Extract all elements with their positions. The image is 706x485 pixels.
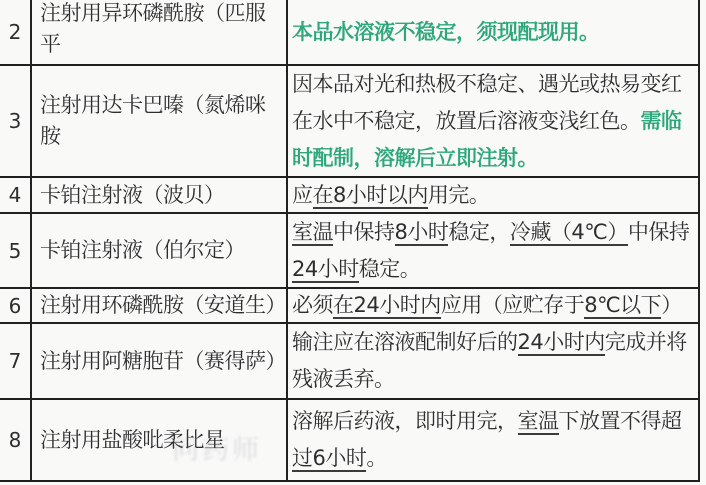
drug-name-cell: 注射用达卡巴嗪（氮烯咪胺	[30, 66, 286, 176]
stability-note-cell: 因本品对光和热极不稳定、遇光或热易变红在水中不稳定，放置后溶液变浅红色。需临时配…	[286, 66, 698, 176]
stability-note-text: 溶解后药液，即时用完，室温下放置不得超过6小时。	[292, 403, 696, 477]
note-text: 用完。	[428, 183, 490, 207]
note-text-highlight: 时配制，溶解后立即注射。	[292, 146, 538, 170]
row-number: 5	[0, 214, 30, 287]
note-text-highlight: 本品水溶液不稳定，须现配现用。	[292, 20, 600, 44]
drug-name-cell: 注射用盐酸吡柔比星	[30, 400, 286, 480]
drug-stability-table: 2 注射用异环磷酰胺（匹服平 ） 本品水溶液不稳定，须现配现用。 3 注射用达卡…	[0, 0, 700, 482]
drug-name-cell: 注射用环磷酰胺（安道生）	[30, 289, 286, 322]
note-text: 残液丢弃。	[292, 367, 395, 391]
note-text: 输注应在溶液配制好后的	[292, 330, 518, 354]
note-text-underlined: 过6小时	[292, 446, 366, 472]
note-text: 中保持	[628, 220, 690, 244]
note-text: 。	[366, 446, 387, 470]
stability-note-cell: 本品水溶液不稳定，须现配现用。	[286, 0, 698, 64]
row-number: 7	[0, 324, 30, 398]
note-text-underlined: 室温	[292, 220, 333, 246]
note-text: 完成并将	[605, 330, 687, 354]
note-text-underlined: 8小时	[395, 220, 449, 246]
row-number: 4	[0, 178, 30, 212]
row-number: 8	[0, 400, 30, 480]
note-text: 稳定，	[448, 220, 510, 244]
table-row: 4 卡铂注射液（波贝） 应在8小时以内用完。	[0, 178, 698, 214]
drug-name-cell: 卡铂注射液（伯尔定）	[30, 214, 286, 287]
note-text-underlined: 在8小时以内	[313, 183, 428, 209]
drug-name-cell: 注射用阿糖胞苷（赛得萨）	[30, 324, 286, 398]
row-number: 2	[0, 0, 30, 64]
note-text-underlined: 8℃以下	[584, 293, 661, 319]
note-text: 因本品对光和热极不稳定、遇光或热易变红	[292, 72, 682, 96]
stability-note-text: 本品水溶液不稳定，须现配现用。	[292, 14, 696, 51]
note-text: 应用（应贮存于	[441, 293, 585, 317]
table-row: 2 注射用异环磷酰胺（匹服平 ） 本品水溶液不稳定，须现配现用。	[0, 0, 698, 66]
stability-note-cell: 必须在24小时内应用（应贮存于8℃以下）	[286, 289, 698, 322]
drug-name-cell: 注射用异环磷酰胺（匹服平 ）	[30, 0, 286, 64]
row-number: 3	[0, 66, 30, 176]
stability-note-text: 必须在24小时内应用（应贮存于8℃以下）	[292, 289, 696, 322]
note-text: 必须	[292, 293, 333, 317]
table-row: 5 卡铂注射液（伯尔定） 室温中保持8小时稳定，冷藏（4℃）中保持24小时稳定。	[0, 214, 698, 289]
table-row: 6 注射用环磷酰胺（安道生） 必须在24小时内应用（应贮存于8℃以下）	[0, 289, 698, 324]
stability-note-cell: 室温中保持8小时稳定，冷藏（4℃）中保持24小时稳定。	[286, 214, 698, 287]
note-text-underlined: 室温	[518, 409, 559, 435]
stability-note-cell: 溶解后药液，即时用完，室温下放置不得超过6小时。	[286, 400, 698, 480]
note-text-underlined: 24小时	[292, 257, 359, 283]
stability-note-text: 输注应在溶液配制好后的24小时内完成并将残液丢弃。	[292, 324, 696, 398]
stability-note-cell: 应在8小时以内用完。	[286, 178, 698, 212]
stability-note-cell: 输注应在溶液配制好后的24小时内完成并将残液丢弃。	[286, 324, 698, 398]
note-text: 中保持	[333, 220, 395, 244]
table-row: 8 注射用盐酸吡柔比星 溶解后药液，即时用完，室温下放置不得超过6小时。	[0, 400, 698, 482]
note-text-underlined: 冷藏（4℃）	[510, 220, 628, 246]
note-text: 溶解后药液，即时用完，	[292, 409, 518, 433]
note-text: ）	[661, 293, 682, 317]
stability-note-text: 因本品对光和热极不稳定、遇光或热易变红在水中不稳定，放置后溶液变浅红色。需临时配…	[292, 66, 696, 176]
note-text: 下放置不得超	[559, 409, 682, 433]
note-text: 应	[292, 183, 313, 207]
note-text: 稳定。	[359, 257, 421, 281]
note-text: 在水中不稳定，放置后溶液变浅红色。	[292, 109, 641, 133]
table-row: 7 注射用阿糖胞苷（赛得萨） 输注应在溶液配制好后的24小时内完成并将残液丢弃。	[0, 324, 698, 400]
stability-note-text: 应在8小时以内用完。	[292, 178, 696, 212]
note-text-underlined: 在24小时内	[333, 293, 441, 319]
note-text-underlined: 24小时内	[518, 330, 605, 356]
note-text-highlight: 需临	[641, 109, 682, 133]
row-number: 6	[0, 289, 30, 322]
table-row: 3 注射用达卡巴嗪（氮烯咪胺 因本品对光和热极不稳定、遇光或热易变红在水中不稳定…	[0, 66, 698, 178]
drug-name-cell: 卡铂注射液（波贝）	[30, 178, 286, 212]
stability-note-text: 室温中保持8小时稳定，冷藏（4℃）中保持24小时稳定。	[292, 214, 696, 287]
